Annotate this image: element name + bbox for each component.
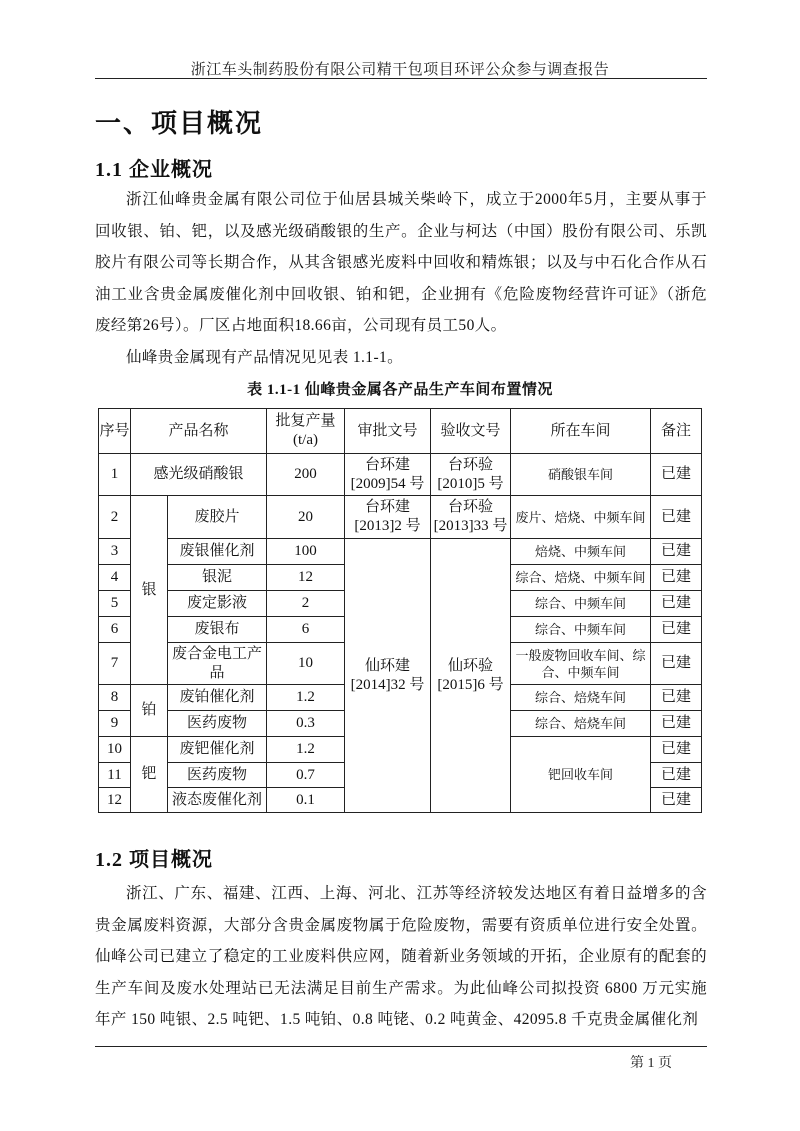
cell-capacity: 1.2 [267, 685, 345, 711]
cell-workshop: 综合、焙烧、中频车间 [511, 565, 651, 591]
cell-note: 已建 [651, 496, 702, 539]
footer-rule [95, 1046, 707, 1047]
product-workshop-table: 序号 产品名称 批复产量(t/a) 审批文号 验收文号 所在车间 备注 1 感光… [98, 408, 702, 813]
header-approval: 审批文号 [345, 409, 431, 454]
cell-note: 已建 [651, 617, 702, 643]
cell-workshop: 综合、中频车间 [511, 617, 651, 643]
cell-note: 已建 [651, 454, 702, 496]
cell-capacity: 0.3 [267, 711, 345, 737]
cell-capacity: 0.1 [267, 788, 345, 813]
cell-seq: 6 [99, 617, 131, 643]
cell-capacity: 200 [267, 454, 345, 496]
cell-capacity: 20 [267, 496, 345, 539]
page-number: 第 1 页 [630, 1052, 672, 1072]
table-caption: 表 1.1-1 仙峰贵金属各产品生产车间布置情况 [0, 378, 800, 399]
group-silver: 银 [131, 496, 168, 685]
cell-seq: 4 [99, 565, 131, 591]
cell-note: 已建 [651, 788, 702, 813]
cell-note: 已建 [651, 591, 702, 617]
cell-workshop: 综合、中频车间 [511, 591, 651, 617]
group-palladium: 钯 [131, 737, 168, 813]
page-header-title: 浙江车头制药股份有限公司精干包项目环评公众参与调查报告 [0, 58, 800, 79]
cell-workshop: 一般废物回收车间、综合、中频车间 [511, 643, 651, 685]
cell-seq: 5 [99, 591, 131, 617]
cell-name: 废定影液 [168, 591, 267, 617]
header-name: 产品名称 [131, 409, 267, 454]
cell-capacity: 12 [267, 565, 345, 591]
header-seq: 序号 [99, 409, 131, 454]
table-row: 3 废银催化剂 100 仙环建[2014]32 号 仙环验[2015]6 号 焙… [99, 539, 702, 565]
cell-acceptance: 台环验[2013]33 号 [431, 496, 511, 539]
cell-workshop: 废片、焙烧、中频车间 [511, 496, 651, 539]
cell-seq: 1 [99, 454, 131, 496]
cell-approval: 台环建[2009]54 号 [345, 454, 431, 496]
cell-seq: 11 [99, 763, 131, 788]
header-note: 备注 [651, 409, 702, 454]
cell-name: 废铂催化剂 [168, 685, 267, 711]
cell-name: 废合金电工产品 [168, 643, 267, 685]
header-rule [95, 78, 707, 79]
cell-name: 医药废物 [168, 763, 267, 788]
cell-note: 已建 [651, 763, 702, 788]
cell-seq: 12 [99, 788, 131, 813]
cell-seq: 7 [99, 643, 131, 685]
cell-note: 已建 [651, 737, 702, 763]
cell-name: 废银布 [168, 617, 267, 643]
cell-name: 废银催化剂 [168, 539, 267, 565]
group-platinum: 铂 [131, 685, 168, 737]
cell-seq: 3 [99, 539, 131, 565]
cell-name: 液态废催化剂 [168, 788, 267, 813]
cell-seq: 2 [99, 496, 131, 539]
cell-seq: 8 [99, 685, 131, 711]
table-row: 2 银 废胶片 20 台环建[2013]2 号 台环验[2013]33 号 废片… [99, 496, 702, 539]
cell-workshop: 综合、焙烧车间 [511, 711, 651, 737]
table-header-row: 序号 产品名称 批复产量(t/a) 审批文号 验收文号 所在车间 备注 [99, 409, 702, 454]
header-capacity: 批复产量(t/a) [267, 409, 345, 454]
cell-seq: 9 [99, 711, 131, 737]
cell-note: 已建 [651, 643, 702, 685]
cell-approval: 台环建[2013]2 号 [345, 496, 431, 539]
cell-workshop: 焙烧、中频车间 [511, 539, 651, 565]
chapter-title: 一、项目概况 [95, 103, 263, 140]
header-acceptance: 验收文号 [431, 409, 511, 454]
cell-capacity: 10 [267, 643, 345, 685]
cell-acceptance: 台环验[2010]5 号 [431, 454, 511, 496]
cell-merged-approval: 仙环建[2014]32 号 [345, 539, 431, 813]
cell-capacity: 1.2 [267, 737, 345, 763]
section-1-2-title: 1.2 项目概况 [95, 843, 213, 872]
table-reference-paragraph: 仙峰贵金属现有产品情况见见表 1.1-1。 [95, 342, 707, 374]
cell-note: 已建 [651, 711, 702, 737]
cell-capacity: 2 [267, 591, 345, 617]
cell-note: 已建 [651, 565, 702, 591]
section-1-1-title: 1.1 企业概况 [95, 153, 213, 182]
cell-workshop: 综合、焙烧车间 [511, 685, 651, 711]
section-1-1-paragraph: 浙江仙峰贵金属有限公司位于仙居县城关柴岭下，成立于2000年5月，主要从事于回收… [95, 184, 707, 342]
header-workshop: 所在车间 [511, 409, 651, 454]
cell-note: 已建 [651, 685, 702, 711]
cell-capacity: 100 [267, 539, 345, 565]
cell-workshop: 硝酸银车间 [511, 454, 651, 496]
cell-seq: 10 [99, 737, 131, 763]
cell-merged-acceptance: 仙环验[2015]6 号 [431, 539, 511, 813]
cell-name: 银泥 [168, 565, 267, 591]
cell-name: 感光级硝酸银 [131, 454, 267, 496]
cell-name: 医药废物 [168, 711, 267, 737]
cell-name: 废胶片 [168, 496, 267, 539]
cell-capacity: 0.7 [267, 763, 345, 788]
cell-note: 已建 [651, 539, 702, 565]
cell-name: 废钯催化剂 [168, 737, 267, 763]
cell-capacity: 6 [267, 617, 345, 643]
section-1-2-paragraph: 浙江、广东、福建、江西、上海、河北、江苏等经济较发达地区有着日益增多的含贵金属废… [95, 878, 707, 1036]
cell-workshop: 钯回收车间 [511, 737, 651, 813]
table-row: 1 感光级硝酸银 200 台环建[2009]54 号 台环验[2010]5 号 … [99, 454, 702, 496]
